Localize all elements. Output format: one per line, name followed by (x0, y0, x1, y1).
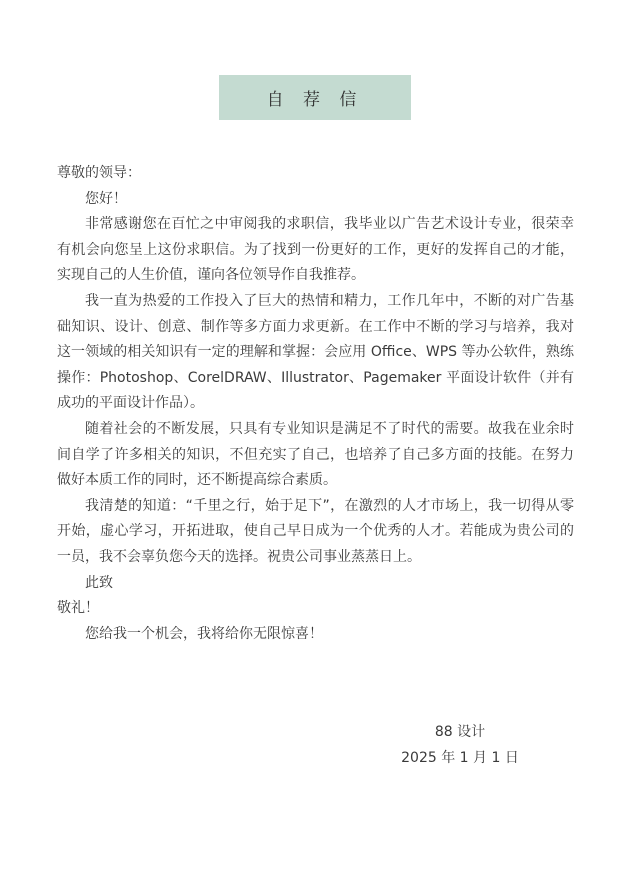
closing-promise: 您给我一个机会，我将给你无限惊喜！ (57, 622, 574, 648)
closing-cizhi: 此致 (57, 571, 574, 597)
salutation: 尊敬的领导： (57, 161, 574, 187)
paragraph-self-study: 随着社会的不断发展，只具有专业知识是满足不了时代的需要。故我在业余时间自学了许多… (57, 417, 574, 494)
paragraph-skills: 我一直为热爱的工作投入了巨大的热情和精力，工作几年中，不断的对广告基础知识、设计… (57, 289, 574, 417)
page-title: 自 荐 信 (267, 85, 364, 110)
title-banner: 自 荐 信 (219, 75, 411, 120)
signature-date: 2025 年 1 月 1 日 (340, 745, 580, 771)
letter-page: 自 荐 信 尊敬的领导： 您好！ 非常感谢您在百忙之中审阅我的求职信，我毕业以广… (0, 0, 630, 891)
letter-body: 尊敬的领导： 您好！ 非常感谢您在百忙之中审阅我的求职信，我毕业以广告艺术设计专… (57, 161, 574, 647)
closing-jingli: 敬礼！ (57, 596, 574, 622)
signature-block: 88 设计 2025 年 1 月 1 日 (340, 719, 580, 771)
paragraph-intro: 非常感谢您在百忙之中审阅我的求职信，我毕业以广告艺术设计专业，很荣幸有机会向您呈… (57, 212, 574, 289)
signature-name: 88 设计 (340, 719, 580, 745)
paragraph-aspiration: 我清楚的知道：“千里之行，始于足下”，在激烈的人才市场上，我一切得从零开始，虚心… (57, 494, 574, 571)
greeting-line: 您好！ (57, 187, 574, 213)
